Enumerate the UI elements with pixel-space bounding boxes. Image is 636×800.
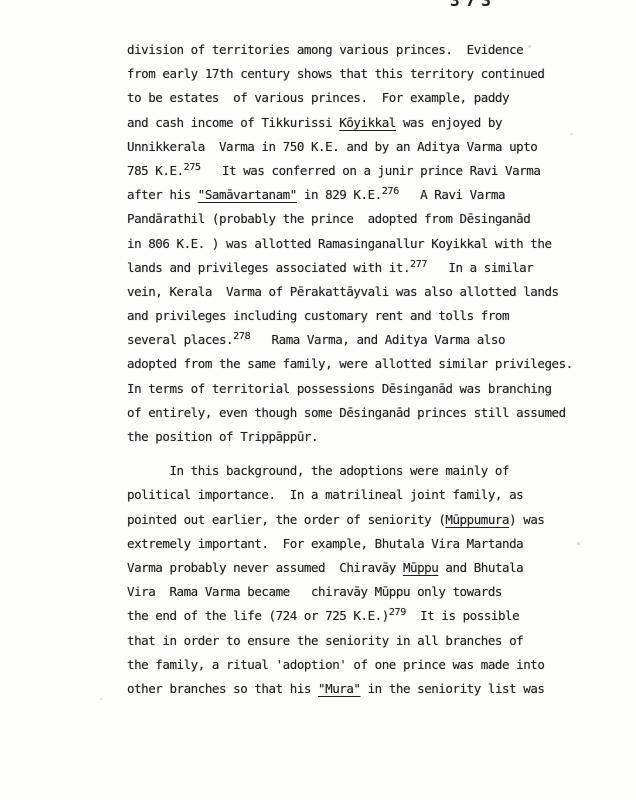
text-segment: Varma probably never assumed Chiravāy [127, 560, 403, 575]
footnote-ref: 278 [233, 331, 250, 342]
text-segment: the family, a ritual 'adoption' of one p… [127, 657, 544, 672]
text-line: in 806 K.E. ) was allotted Ramasinganall… [127, 232, 597, 256]
text-line: 785 K.E.275 It was conferred on a junir … [127, 159, 597, 183]
text-segment: was enjoyed by [396, 115, 502, 130]
scan-speck [570, 133, 573, 135]
text-line: Vira Rama Varma became chiravāy Mūppu on… [127, 580, 597, 604]
text-segment: Rama Varma, and Aditya Varma also [250, 332, 505, 347]
text-segment: extremely important. For example, Bhutal… [127, 536, 523, 551]
paragraph-2: In this background, the adoptions were m… [127, 459, 597, 701]
text-segment: in 806 K.E. ) was allotted Ramasinganall… [127, 236, 552, 251]
underlined-term: Kōyikkal [339, 115, 396, 130]
text-line: from early 17th century shows that this … [127, 62, 597, 86]
text-line: Varma probably never assumed Chiravāy Mū… [127, 556, 597, 580]
paragraph-1: division of territories among various pr… [127, 38, 597, 449]
text-line: lands and privileges associated with it.… [127, 256, 597, 280]
text-line: and cash income of Tikkurissi Kōyikkal w… [127, 111, 597, 135]
text-segment: vein, Kerala Varma of Pērakattāyvali was… [127, 284, 559, 299]
text-segment: A Ravi Varma [399, 187, 505, 202]
underlined-term: "Mura" [318, 681, 360, 696]
text-segment: and Bhutala [438, 560, 523, 575]
text-line: other branches so that his "Mura" in the… [127, 677, 597, 701]
text-segment: several places. [127, 332, 233, 347]
text-segment: to be estates of various princes. For ex… [127, 90, 509, 105]
text-line: Pandārathil (probably the prince adopted… [127, 207, 597, 231]
text-segment: ) was [509, 512, 544, 527]
text-segment: in 829 K.E. [297, 187, 382, 202]
text-segment: Pandārathil (probably the prince adopted… [127, 211, 530, 226]
text-segment: of entirely, even though some Dēsinganād… [127, 405, 566, 420]
underlined-term: Mūppumura [445, 512, 509, 527]
text-line: political importance. In a matrilineal j… [127, 483, 597, 507]
text-segment: the end of the life (724 or 725 K.E.) [127, 608, 389, 623]
footnote-ref: 277 [410, 259, 427, 270]
text-segment: In this background, the adoptions were m… [127, 463, 509, 478]
text-line: to be estates of various princes. For ex… [127, 86, 597, 110]
text-segment: the position of Trippāppūr. [127, 429, 318, 444]
underlined-term: Mūppu [403, 560, 438, 575]
underlined-term: "Samāvartanam" [198, 187, 297, 202]
text-line: Unnikkerala Varma in 750 K.E. and by an … [127, 135, 597, 159]
text-segment: lands and privileges associated with it. [127, 260, 410, 275]
text-line: In terms of territorial possessions Dēsi… [127, 377, 597, 401]
footnote-ref: 275 [184, 162, 201, 173]
scan-speck [528, 45, 531, 48]
scanned-page: 373 division of territories among variou… [0, 0, 636, 800]
text-segment: and cash income of Tikkurissi [127, 115, 339, 130]
text-segment: from early 17th century shows that this … [127, 66, 544, 81]
text-block: division of territories among various pr… [127, 38, 597, 701]
text-line: the end of the life (724 or 725 K.E.)279… [127, 604, 597, 628]
text-line: pointed out earlier, the order of senior… [127, 508, 597, 532]
text-segment: Vira Rama Varma became chiravāy Mūppu on… [127, 584, 502, 599]
text-line: that in order to ensure the seniority in… [127, 629, 597, 653]
text-line: extremely important. For example, Bhutal… [127, 532, 597, 556]
text-segment: and privileges including customary rent … [127, 308, 509, 323]
text-line: In this background, the adoptions were m… [127, 459, 597, 483]
text-segment: in the seniority list was [361, 681, 545, 696]
page-number-clip: 373 [450, 0, 520, 13]
text-line: of entirely, even though some Dēsinganād… [127, 401, 597, 425]
scan-speck [100, 698, 103, 700]
text-segment: pointed out earlier, the order of senior… [127, 512, 445, 527]
text-line: the family, a ritual 'adoption' of one p… [127, 653, 597, 677]
footnote-ref: 276 [382, 186, 399, 197]
text-segment: that in order to ensure the seniority in… [127, 633, 523, 648]
footnote-ref: 279 [389, 607, 406, 618]
text-segment: other branches so that his [127, 681, 318, 696]
text-segment: In a similar [427, 260, 533, 275]
text-line: and privileges including customary rent … [127, 304, 597, 328]
page-number: 373 [450, 0, 520, 10]
text-segment: division of territories among various pr… [127, 42, 523, 57]
text-segment: 785 K.E. [127, 163, 184, 178]
text-line: the position of Trippāppūr. [127, 425, 597, 449]
text-segment: In terms of territorial possessions Dēsi… [127, 381, 552, 396]
text-segment: political importance. In a matrilineal j… [127, 487, 523, 502]
text-segment: Unnikkerala Varma in 750 K.E. and by an … [127, 139, 537, 154]
text-segment: after his [127, 187, 198, 202]
scan-speck [577, 542, 580, 545]
text-line: division of territories among various pr… [127, 38, 597, 62]
text-segment: It is possible [406, 608, 519, 623]
text-segment: It was conferred on a junir prince Ravi … [201, 163, 541, 178]
text-segment: adopted from the same family, were allot… [127, 356, 573, 371]
text-line: after his "Samāvartanam" in 829 K.E.276 … [127, 183, 597, 207]
text-line: adopted from the same family, were allot… [127, 352, 597, 376]
text-line: several places.278 Rama Varma, and Adity… [127, 328, 597, 352]
text-line: vein, Kerala Varma of Pērakattāyvali was… [127, 280, 597, 304]
